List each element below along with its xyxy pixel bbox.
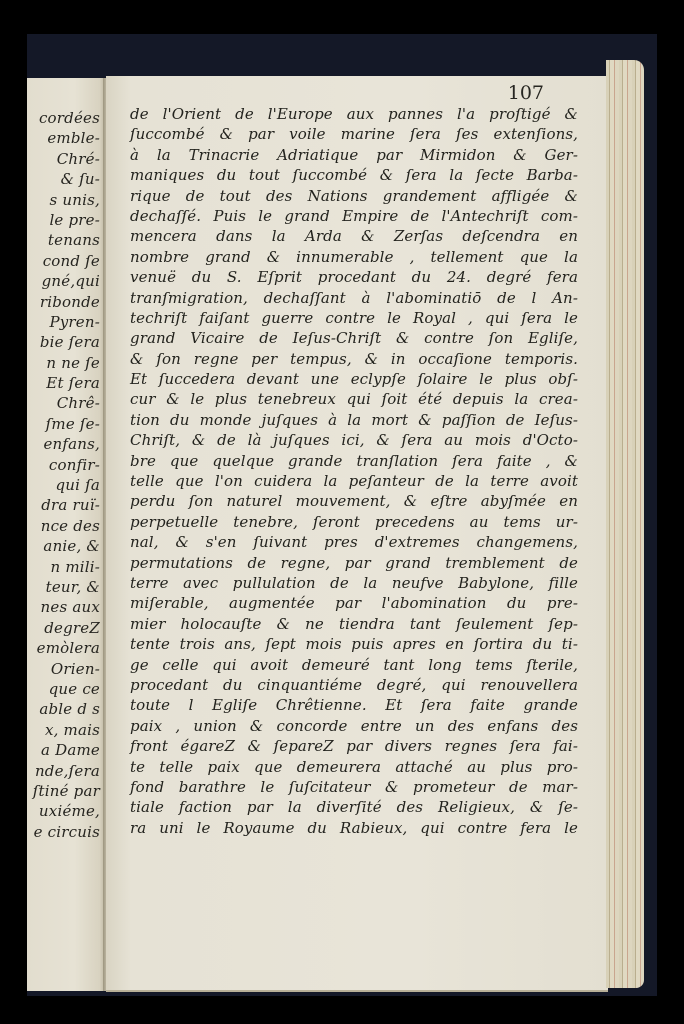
text-line: miſerable, augmentée par l'abomination d… [130,593,578,613]
text-line: paix , union & concorde entre un des enf… [130,716,578,736]
page-body-text: de l'Orient de l'Europe aux pannes l'a p… [130,104,578,838]
text-line: mier holocauſte & ne tiendra tant ſeulem… [130,614,578,634]
left-line: Orien- [27,659,106,679]
left-line: x, mais [27,720,106,740]
left-line: n mili- [27,557,106,577]
text-line: terre avec pullulation de la neufve Baby… [130,573,578,593]
left-line: Chrê- [27,393,106,413]
left-line: e circuis [27,822,106,842]
text-line: Chriſt, & de là juſques ici, & ſera au m… [130,430,578,450]
text-line: grand Vicaire de Ieſus-Chriſt & contre ſ… [130,328,578,348]
left-line: teur, & [27,577,106,597]
text-line: à la Trinacrie Adriatique par Mirmidon &… [130,145,578,165]
text-line: perdu ſon naturel mouvement, & eſtre aby… [130,491,578,511]
text-line: perpetuelle tenebre, ſeront precedens au… [130,512,578,532]
left-line: able d s [27,699,106,719]
left-line: enfans, [27,434,106,454]
left-line: confir- [27,455,106,475]
right-page: 107 de l'Orient de l'Europe aux pannes l… [106,76,608,992]
text-line: ge celle qui avoit demeuré tant long tem… [130,655,578,675]
left-line: dra ruï- [27,495,106,515]
left-page: cordées emble- Chré- & ſu- s unis, le pr… [27,78,106,991]
text-line: ra uni le Royaume du Rabieux, qui contre… [130,818,578,838]
text-line: rique de tout des Nations grandement aff… [130,186,578,206]
left-line: n ne ſe [27,353,106,373]
text-line: & ſon regne per tempus, & in occaſione t… [130,349,578,369]
left-line: nes aux [27,597,106,617]
left-line: Et ſera [27,373,106,393]
left-line: cond ſe [27,251,106,271]
left-line: que ce [27,679,106,699]
left-line: a Dame [27,740,106,760]
left-line: nde,ſera [27,761,106,781]
page-fore-edge [606,60,644,988]
text-line: tiale faction par la diverſité des Relig… [130,797,578,817]
text-line: tente trois ans, ſept mois puis apres en… [130,634,578,654]
left-line: uxiéme, [27,801,106,821]
text-line: ſuccombé & par voile marine ſera ſes ext… [130,124,578,144]
text-line: permutations de regne, par grand tremble… [130,553,578,573]
text-line: front égareZ & ſepareZ par divers regnes… [130,736,578,756]
left-line: emòlera [27,638,106,658]
text-line: nombre grand & innumerable , tellement q… [130,247,578,267]
left-line: qui ſa [27,475,106,495]
left-line: & ſu- [27,169,106,189]
left-line: cordées [27,108,106,128]
left-line: ſtiné par [27,781,106,801]
left-line: degreZ [27,618,106,638]
text-line: fond barathre le ſuſcitateur & prometeur… [130,777,578,797]
left-line: s unis, [27,190,106,210]
text-line: nal, & s'en ſuivant pres d'extremes chan… [130,532,578,552]
left-line: Chré- [27,149,106,169]
left-line: tenans [27,230,106,250]
text-line: dechaſſé. Puis le grand Empire de l'Ante… [130,206,578,226]
left-line: Pyren- [27,312,106,332]
text-line: maniques du tout ſuccombé & ſera la ſect… [130,165,578,185]
text-line: Et ſuccedera devant une eclypſe ſolaire … [130,369,578,389]
left-line: gné,qui [27,271,106,291]
left-line: emble- [27,128,106,148]
left-page-text: cordées emble- Chré- & ſu- s unis, le pr… [27,108,106,842]
text-line: procedant du cinquantiéme degré, qui ren… [130,675,578,695]
text-line: venuë du S. Eſprit procedant du 24. degr… [130,267,578,287]
left-line: nce des [27,516,106,536]
text-line: bre que quelque grande tranſlation ſera … [130,451,578,471]
text-line: tion du monde juſques à la mort & paſſio… [130,410,578,430]
left-line: ribonde [27,292,106,312]
text-line: cur & le plus tenebreux qui ſoit été dep… [130,389,578,409]
text-line: techriſt faiſant guerre contre le Royal … [130,308,578,328]
text-line: toute l Egliſe Chrêtienne. Et ſera faite… [130,695,578,715]
text-line: mencera dans la Arda & Zerſas deſcendra … [130,226,578,246]
left-line: le pre- [27,210,106,230]
text-line: telle que l'on cuidera la peſanteur de l… [130,471,578,491]
page-number: 107 [508,82,544,104]
left-line: anie, & [27,536,106,556]
text-line: de l'Orient de l'Europe aux pannes l'a p… [130,104,578,124]
text-line: tranſmigration, dechaſſant à l'abominati… [130,288,578,308]
left-line: bie ſera [27,332,106,352]
text-line: te telle paix que demeurera attaché au p… [130,757,578,777]
left-line: ſme ſe- [27,414,106,434]
